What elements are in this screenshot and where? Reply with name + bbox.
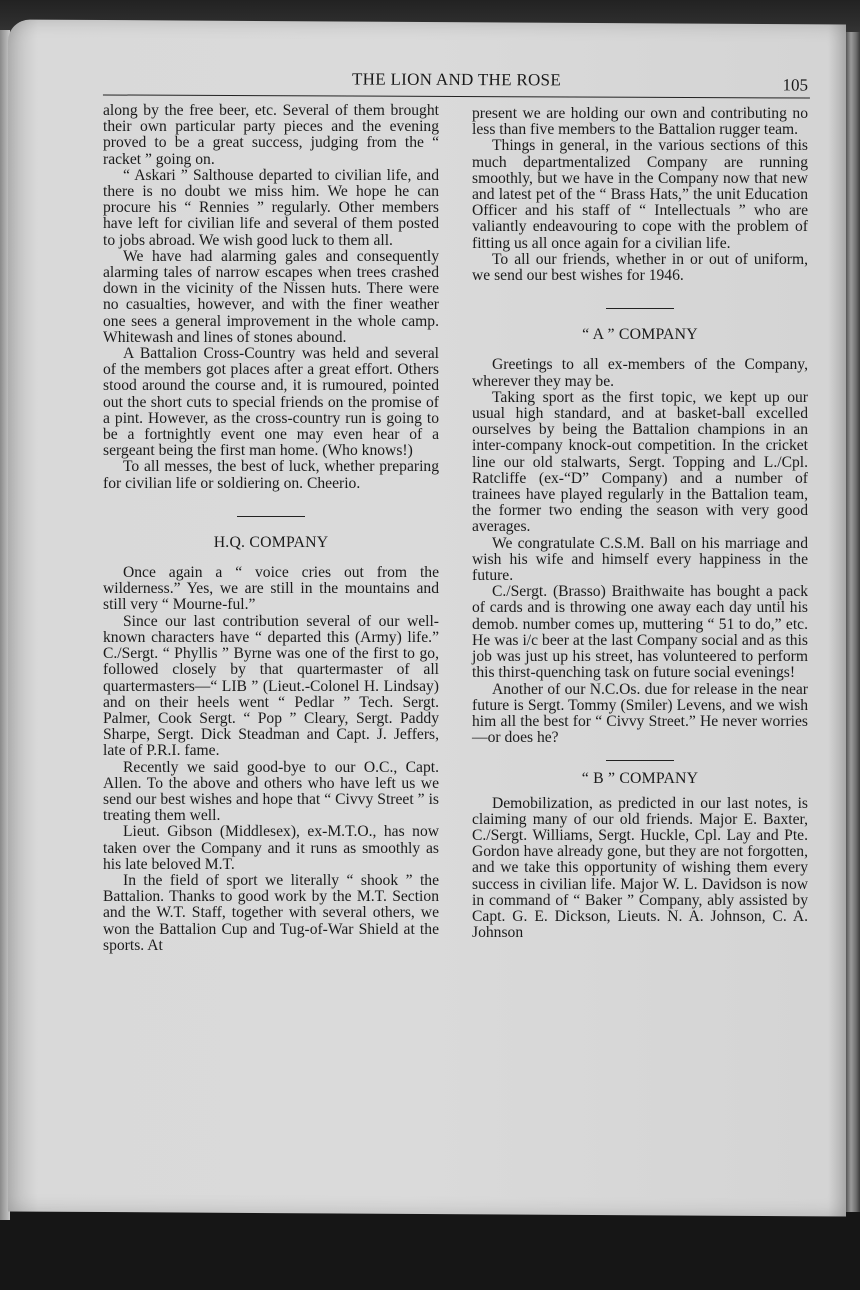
paragraph: Once again a “ voice cries out from the …: [103, 565, 439, 614]
paragraph: Taking sport as the first topic, we kept…: [472, 390, 808, 536]
section-divider: [606, 760, 674, 761]
paragraph: We congratulate C.S.M. Ball on his marri…: [472, 536, 808, 585]
paragraph: A Battalion Cross-Country was held and s…: [103, 346, 439, 459]
paragraph: C./Sergt. (Brasso) Braithwaite has bough…: [472, 584, 808, 681]
paragraph: Lieut. Gibson (Middlesex), ex-M.T.O., ha…: [103, 824, 439, 873]
paragraph: In the field of sport we literally “ sho…: [103, 873, 439, 954]
section-divider: [606, 308, 674, 309]
paragraph: Greetings to all ex-members of the Compa…: [472, 357, 808, 389]
page-number: 105: [782, 75, 808, 95]
paragraph: To all messes, the best of luck, whether…: [103, 459, 439, 491]
left-column: along by the free beer, etc. Several of …: [103, 103, 439, 954]
right-column: present we are holding our own and contr…: [472, 106, 808, 941]
paragraph: Since our last contribution several of o…: [103, 614, 439, 760]
paragraph: Things in general, in the various sectio…: [472, 138, 808, 251]
section-heading-hq-company: H.Q. COMPANY: [103, 535, 439, 551]
page-edge-right: [846, 32, 860, 1212]
section-heading-a-company: “ A ” COMPANY: [472, 327, 808, 343]
paragraph: present we are holding our own and contr…: [472, 106, 808, 138]
paragraph: To all our friends, whether in or out of…: [472, 252, 808, 284]
paragraph: Another of our N.C.Os. due for release i…: [472, 682, 808, 747]
paragraph: Recently we said good-bye to our O.C., C…: [103, 760, 439, 825]
paragraph: Demobilization, as predicted in our last…: [472, 796, 808, 942]
paragraph: We have had alarming gales and consequen…: [103, 249, 439, 346]
running-head: THE LION AND THE ROSE 105: [103, 64, 810, 98]
publication-title: THE LION AND THE ROSE: [103, 68, 810, 91]
section-divider: [237, 516, 305, 517]
paragraph: along by the free beer, etc. Several of …: [103, 103, 439, 168]
book-binding-bottom: [0, 1205, 860, 1290]
section-heading-b-company: “ B ” COMPANY: [472, 771, 808, 787]
paragraph: “ Askari ” Salthouse departed to civilia…: [103, 168, 439, 249]
